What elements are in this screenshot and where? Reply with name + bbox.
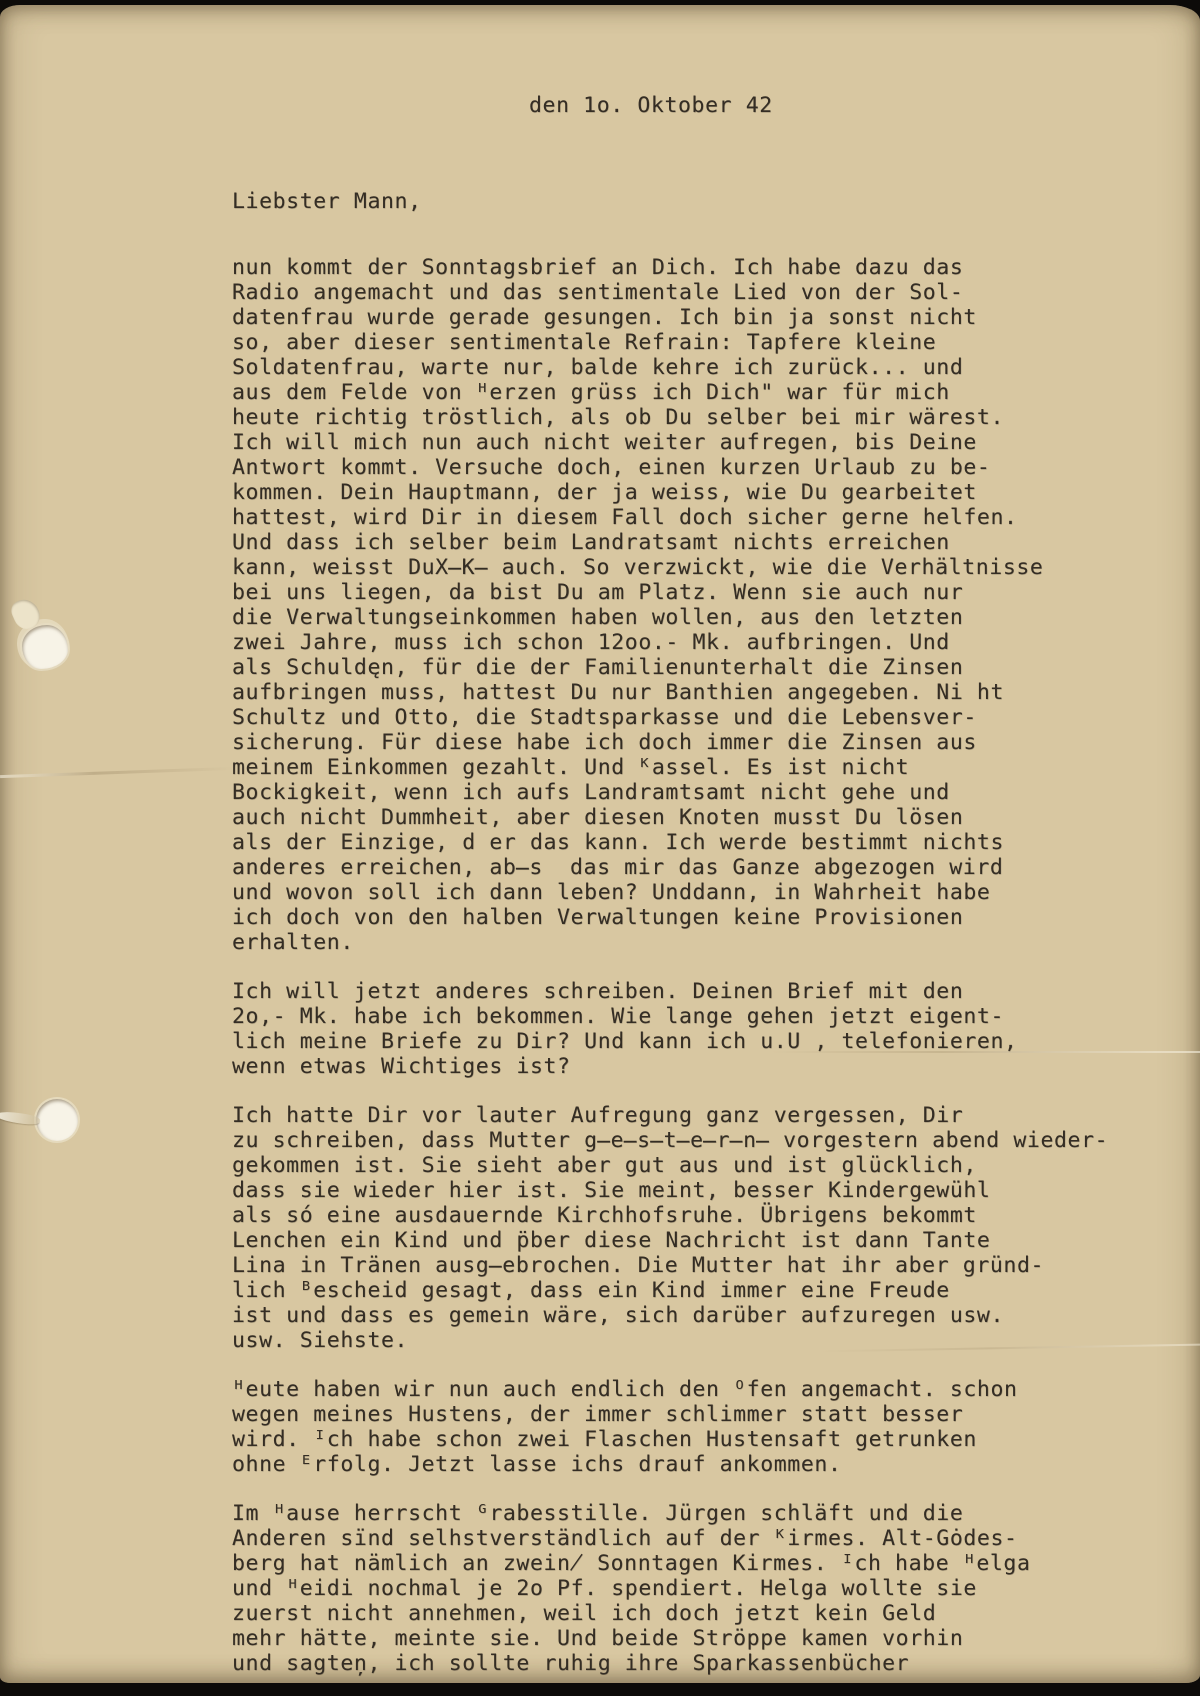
text-line: 2o,- Mk. habe ich bekommen. Wie lange ge… [232,1004,1042,1029]
text-line: Lina in Tränen ausg̶ebrochen. Die Mutter… [232,1253,1042,1278]
text-line: lich meine Briefe zu Dir? Und kann ich u… [232,1029,1042,1054]
text-line: aufbringen muss, hattest Du nur Banthien… [232,680,1042,705]
text-line: ᴴeute haben wir nun auch endlich den ᴼfe… [232,1377,1042,1402]
letter-date: den 1o. Oktober 42 [529,93,773,118]
text-line: bei uns liegen, da bist Du am Platz. Wen… [232,580,1042,605]
text-line: Ich will jetzt anderes schreiben. Deinen… [232,979,1042,1004]
scanned-letter-page: den 1o. Oktober 42 Liebster Mann, nun ko… [0,0,1200,1696]
paragraph: Ich hatte Dir vor lauter Aufregung ganz … [232,1103,1042,1353]
text-line: nun kommt der Sonntagsbrief an Dich. Ich… [232,255,1042,280]
text-line: Und dass ich selber beim Landratsamt nic… [232,530,1042,555]
text-line: datenfrau wurde gerade gesungen. Ich bin… [232,305,1042,330]
text-line: zwei Jahre, muss ich schon 12oo.- Mk. au… [232,630,1042,655]
text-line: auch nicht Dummheit, aber diesen Knoten … [232,805,1042,830]
text-line: kann, weisst DuX̶K̶ auch. So verzwickt, … [232,555,1042,580]
text-line: wird. ᴵch habe schon zwei Flaschen Huste… [232,1427,1042,1452]
text-line: heute richtig tröstlich, als ob Du selbe… [232,405,1042,430]
text-line: gekommen ist. Sie sieht aber gut aus und… [232,1153,1042,1178]
letter-salutation: Liebster Mann, [232,189,422,214]
text-line: als Schuldęn, für die der Familienunterh… [232,655,1042,680]
text-line: anderes erreichen, ab̶s das mir das Ganz… [232,855,1042,880]
text-line: Soldatenfrau, warte nur, balde kehre ich… [232,355,1042,380]
text-line: Im ᴴause herrscht ᴳrabesstille. Jürgen s… [232,1501,1042,1526]
text-line: aus dem Felde von ᴴerzen grüss ich Dich"… [232,380,1042,405]
text-line: und sagteņ, ich sollte ruhig ihre Sparka… [232,1651,1042,1676]
text-line: Lenchen ein Kind und p̈ber diese Nachric… [232,1228,1042,1253]
paragraph: Im ᴴause herrscht ᴳrabesstille. Jürgen s… [232,1501,1042,1676]
text-line: meinem Einkommen gezahlt. Und ᴷassel. Es… [232,755,1042,780]
text-line: zu schreiben, dass Mutter g̶e̶s̶t̶e̶r̶n̶… [232,1128,1042,1153]
text-line: hattest, wird Dir in diesem Fall doch si… [232,505,1042,530]
paragraph: Ich will jetzt anderes schreiben. Deinen… [232,979,1042,1079]
letter-paper: den 1o. Oktober 42 Liebster Mann, nun ko… [0,5,1200,1683]
text-line: Antwort kommt. Versuche doch, einen kurz… [232,455,1042,480]
paragraph: ᴴeute haben wir nun auch endlich den ᴼfe… [232,1377,1042,1477]
text-line: als der Einzige, d er das kann. Ich werd… [232,830,1042,855]
text-line: Schultz und Otto, die Stadtsparkasse und… [232,705,1042,730]
text-line: dass sie wieder hier ist. Sie meint, bes… [232,1178,1042,1203]
text-line: die Verwaltungseinkommen haben wollen, a… [232,605,1042,630]
text-line: wenn etwas Wichtiges ist? [232,1054,1042,1079]
punch-hole-top [22,625,68,669]
text-line: lich ᴮescheid gesagt, dass ein Kind imme… [232,1278,1042,1303]
text-line: als só eine ausdauernde Kirchhofsruhe. Ü… [232,1203,1042,1228]
text-line: ohne ᴱrfolg. Jetzt lasse ichs drauf anko… [232,1452,1042,1477]
text-line: kommen. Dein Hauptmann, der ja weiss, wi… [232,480,1042,505]
text-line: mehr hätte, meinte sie. Und beide Ströpp… [232,1626,1042,1651]
text-line: erhalten. [232,930,1042,955]
paragraph: nun kommt der Sonntagsbrief an Dich. Ich… [232,255,1042,955]
text-line: usw. Siehste. [232,1328,1042,1353]
text-line: zuerst nicht annehmen, weil ich doch jet… [232,1601,1042,1626]
paper-crease [0,767,235,778]
text-line: Anderen sïnd selhstverständlich auf der … [232,1526,1042,1551]
text-line: ist und dass es gemein wäre, sich darübe… [232,1303,1042,1328]
punch-hole-bottom [36,1099,78,1141]
text-line: und wovon soll ich dann leben? Unddann, … [232,880,1042,905]
text-line: Ich hatte Dir vor lauter Aufregung ganz … [232,1103,1042,1128]
text-line: sicherung. Für diese habe ich doch immer… [232,730,1042,755]
text-line: wegen meines Hustens, der immer schlimme… [232,1402,1042,1427]
text-line: Radio angemacht und das sentimentale Lie… [232,280,1042,305]
text-line: und ᴴeidi nochmal je 2o Pf. spendiert. H… [232,1576,1042,1601]
text-line: so, aber dieser sentimentale Refrain: Ta… [232,330,1042,355]
text-line: berg hat nämlich an zwein̸ Sonntagen Kir… [232,1551,1042,1576]
text-line: ich doch von den halben Verwaltungen kei… [232,905,1042,930]
letter-body: nun kommt der Sonntagsbrief an Dich. Ich… [232,255,1042,1696]
text-line: Ich will mich nun auch nicht weiter aufr… [232,430,1042,455]
text-line: Bockigkeit, wenn ich aufs Landramtsamt n… [232,780,1042,805]
